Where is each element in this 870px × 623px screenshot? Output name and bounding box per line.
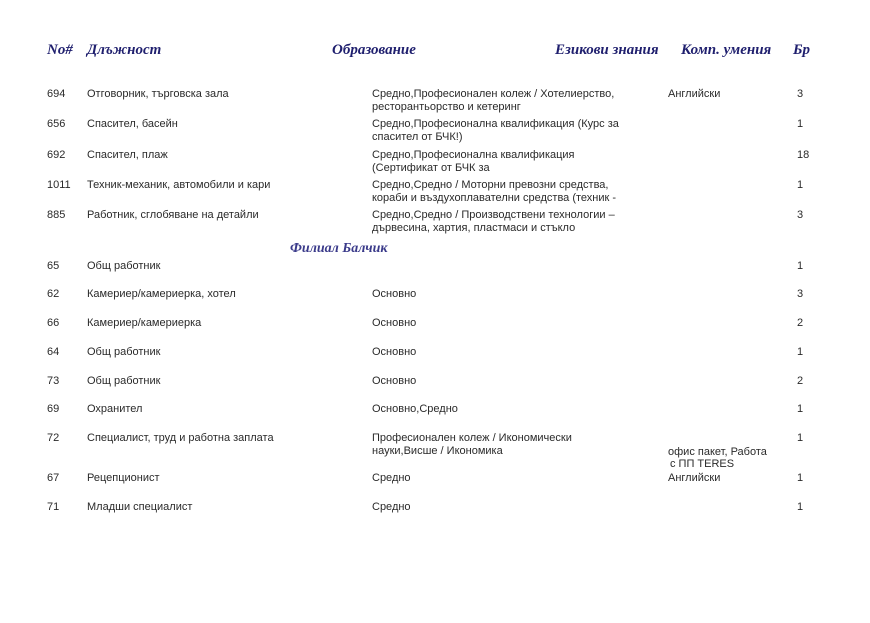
row-number: 66 [47,317,59,330]
row-count: 18 [797,149,809,162]
row-education-line2: (Сертификат от БЧК за [372,162,490,175]
row-position: Общ работник [87,375,160,388]
row-count: 2 [797,317,803,330]
row-education: Основно,Средно [372,403,458,416]
row-education: Основно [372,346,416,359]
row-position: Отговорник, търговска зала [87,88,229,101]
row-count: 1 [797,432,803,445]
row-position: Спасител, плаж [87,149,168,162]
column-header-no: No# [47,42,73,59]
row-education-line2: дървесина, хартия, пластмаси и стъкло [372,222,575,235]
row-count: 3 [797,209,803,222]
row-computer-skills: с ПП TERES [670,458,734,471]
row-count: 1 [797,472,803,485]
row-education-line2: кораби и въздухоплавателни средства (тех… [372,192,616,205]
row-number: 71 [47,501,59,514]
row-number: 62 [47,288,59,301]
row-education-line2: ресторантьорство и кетеринг [372,101,521,114]
row-position: Работник, сглобяване на детайли [87,209,259,222]
row-count: 1 [797,118,803,131]
row-education: Средно [372,501,411,514]
row-number: 64 [47,346,59,359]
row-number: 73 [47,375,59,388]
row-education: Средно,Професионална квалификация (Курс … [372,118,619,131]
row-education: Средно,Професионален колеж / Хотелиерств… [372,88,614,101]
row-education: Средно,Професионална квалификация [372,149,575,162]
row-count: 1 [797,403,803,416]
column-header-count: Бр [793,42,810,59]
row-number: 656 [47,118,65,131]
row-education: Средно,Средно / Производствени технологи… [372,209,615,222]
row-count: 1 [797,501,803,514]
row-languages: Английски [668,88,720,101]
row-number: 72 [47,432,59,445]
row-number: 65 [47,260,59,273]
row-position: Техник-механик, автомобили и кари [87,179,270,192]
row-position: Младши специалист [87,501,192,514]
column-header-education: Образование [332,42,416,59]
row-count: 3 [797,88,803,101]
row-number: 67 [47,472,59,485]
row-position: Камериер/камериерка [87,317,201,330]
row-number: 692 [47,149,65,162]
row-number: 694 [47,88,65,101]
row-number: 1011 [47,179,71,192]
row-count: 1 [797,346,803,359]
row-education: Професионален колеж / Икономически [372,432,572,445]
row-education: Основно [372,317,416,330]
row-number: 69 [47,403,59,416]
row-position: Общ работник [87,260,160,273]
row-education: Средно [372,472,411,485]
row-education: Основно [372,288,416,301]
row-position: Камериер/камериерка, хотел [87,288,236,301]
row-position: Рецепционист [87,472,160,485]
row-languages: Английски [668,472,720,485]
column-header-computer: Комп. умения [681,42,771,59]
row-position: Специалист, труд и работна заплата [87,432,274,445]
row-position: Спасител, басейн [87,118,178,131]
row-count: 1 [797,260,803,273]
row-position: Общ работник [87,346,160,359]
row-education: Средно,Средно / Моторни превозни средств… [372,179,608,192]
row-count: 1 [797,179,803,192]
row-number: 885 [47,209,65,222]
row-count: 2 [797,375,803,388]
row-count: 3 [797,288,803,301]
row-position: Охранител [87,403,142,416]
row-education-line2: спасител от БЧК!) [372,131,463,144]
row-education: Основно [372,375,416,388]
branch-title: Филиал Балчик [290,241,387,257]
column-header-languages: Езикови знания [555,42,659,59]
row-education-line2: науки,Висше / Икономика [372,445,503,458]
column-header-position: Длъжност [87,42,161,59]
